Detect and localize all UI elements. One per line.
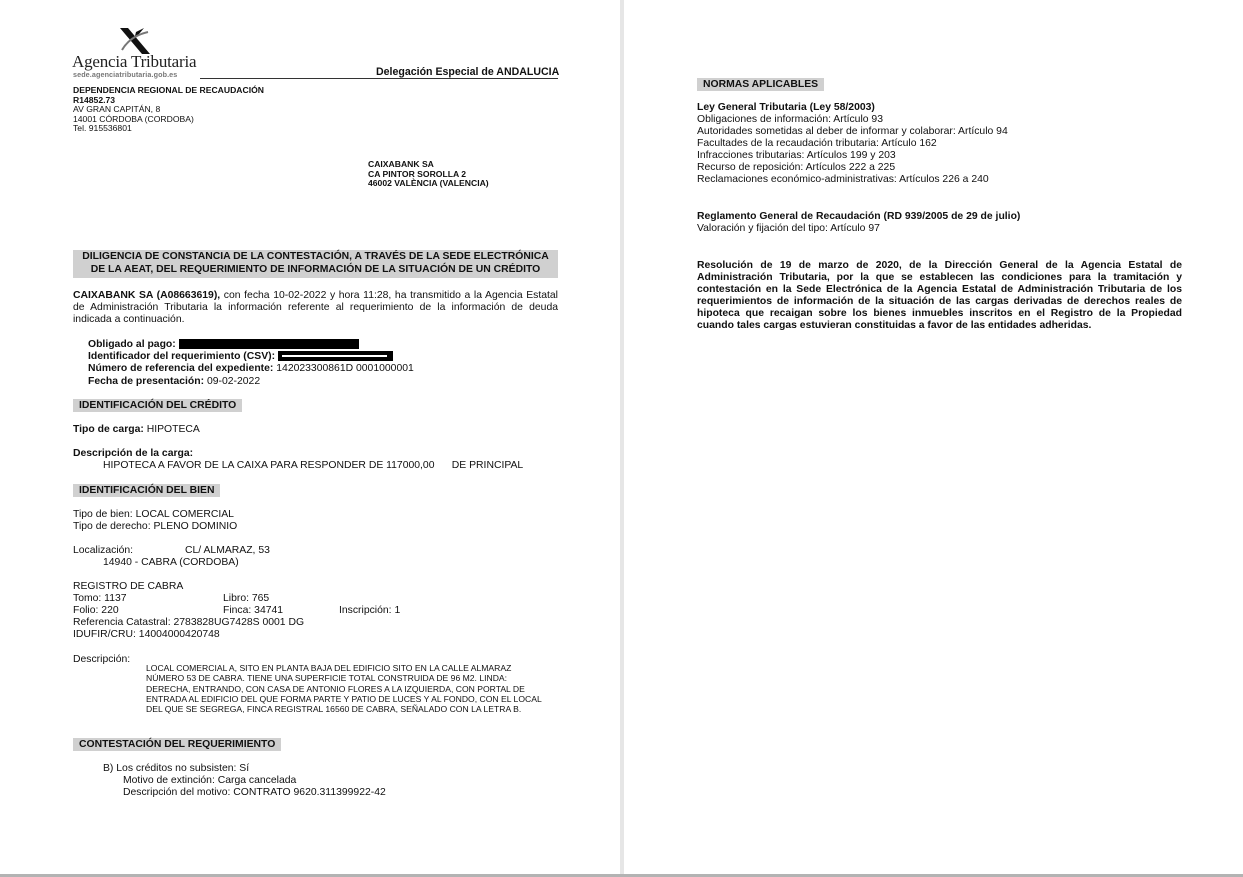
lgt-item: Infracciones tributarias: Artículos 199 … (697, 150, 1008, 162)
contestacion-line-1: B) Los créditos no subsisten: Sí (103, 763, 249, 775)
title-line-1: DILIGENCIA DE CONSTANCIA DE LA CONTESTAC… (73, 251, 558, 264)
header-divider (200, 78, 558, 79)
obligado-row: Obligado al pago: (88, 339, 414, 351)
logo-name: Agencia Tributaria (72, 52, 196, 72)
fecha-value: 09-02-2022 (204, 376, 260, 387)
section-contestacion: CONTESTACIÓN DEL REQUERIMIENTO (73, 738, 281, 751)
registro: REGISTRO DE CABRA (73, 581, 183, 593)
lgt-item: Obligaciones de información: Artículo 93 (697, 114, 1008, 126)
lgt-item: Autoridades sometidas al deber de inform… (697, 126, 1008, 138)
intro-entity: CAIXABANK SA (A08663619), (73, 290, 220, 301)
tipo-carga-label: Tipo de carga: (73, 424, 144, 435)
resolucion-paragraph: Resolución de 19 de marzo de 2020, de la… (697, 260, 1182, 332)
redacted-csv (278, 351, 393, 361)
recipient-block: CAIXABANK SA CA PINTOR SOROLLA 2 46002 V… (368, 160, 489, 189)
fecha-label: Fecha de presentación: (88, 376, 204, 387)
folio: Folio: 220 (73, 605, 119, 617)
tipo-derecho: Tipo de derecho: PLENO DOMINIO (73, 521, 237, 533)
descripcion-text: LOCAL COMERCIAL A, SITO EN PLANTA BAJA D… (146, 663, 546, 714)
localizacion-city: 14940 - CABRA (CORDOBA) (103, 557, 239, 569)
lgt-item: Reclamaciones económico-administrativas:… (697, 174, 1008, 186)
lgt-item: Facultades de la recaudación tributaria:… (697, 138, 1008, 150)
localizacion-label: Localización: (73, 545, 133, 557)
desc-carga-value: HIPOTECA A FAVOR DE LA CAIXA PARA RESPON… (103, 460, 523, 472)
rgr-title: Reglamento General de Recaudación (RD 93… (697, 211, 1020, 223)
csv-row: Identificador del requerimiento (CSV): (88, 351, 414, 363)
lgt-block: Ley General Tributaria (Ley 58/2003) Obl… (697, 102, 1008, 186)
fecha-row: Fecha de presentación: 09-02-2022 (88, 376, 414, 388)
sender-phone: Tel. 915536801 (73, 124, 264, 134)
document-page-1: Agencia Tributaria sede.agenciatributari… (0, 0, 620, 874)
rgr-block: Reglamento General de Recaudación (RD 93… (697, 211, 1020, 235)
recipient-address-2: 46002 VALÈNCIA (VALENCIA) (368, 179, 489, 189)
obligado-label: Obligado al pago: (88, 339, 176, 350)
expediente-row: Número de referencia del expediente: 142… (88, 363, 414, 375)
lgt-title: Ley General Tributaria (Ley 58/2003) (697, 102, 1008, 114)
descripcion-label: Descripción: (73, 654, 130, 666)
rgr-item: Valoración y fijación del tipo: Artículo… (697, 223, 1020, 235)
expediente-label: Número de referencia del expediente: (88, 363, 273, 374)
intro-paragraph: CAIXABANK SA (A08663619), con fecha 10-0… (73, 290, 558, 326)
expediente-value: 142023300861D 0001000001 (273, 363, 413, 374)
localizacion-value: CL/ ALMARAZ, 53 (185, 545, 270, 557)
title-line-2: DE LA AEAT, DEL REQUERIMIENTO DE INFORMA… (73, 264, 558, 277)
contestacion-line-3: Descripción del motivo: CONTRATO 9620.31… (123, 787, 386, 799)
section-bien: IDENTIFICACIÓN DEL BIEN (73, 484, 220, 497)
tomo: Tomo: 1137 (73, 593, 127, 605)
sender-block: DEPENDENCIA REGIONAL DE RECAUDACIÓN R148… (73, 86, 264, 134)
logo-url: sede.agenciatributaria.gob.es (73, 70, 177, 79)
agencia-tributaria-logo: Agencia Tributaria sede.agenciatributari… (72, 26, 202, 78)
redacted-obligado (179, 339, 359, 349)
finca: Finca: 34741 (223, 605, 283, 617)
ref-catastral: Referencia Catastral: 2783828UG7428S 000… (73, 617, 304, 629)
request-fields: Obligado al pago: Identificador del requ… (88, 339, 414, 388)
lgt-item: Recurso de reposición: Artículos 222 a 2… (697, 162, 1008, 174)
document-title: DILIGENCIA DE CONSTANCIA DE LA CONTESTAC… (73, 250, 558, 278)
section-normas: NORMAS APLICABLES (697, 78, 824, 91)
delegation-title: Delegación Especial de ANDALUCIA (376, 66, 559, 78)
inscripcion: Inscripción: 1 (339, 605, 400, 617)
desc-carga-label: Descripción de la carga: (73, 448, 193, 460)
section-credito: IDENTIFICACIÓN DEL CRÉDITO (73, 399, 242, 412)
tipo-carga-value: HIPOTECA (144, 424, 200, 435)
tipo-carga-row: Tipo de carga: HIPOTECA (73, 424, 200, 436)
idufir: IDUFIR/CRU: 14004000420748 (73, 629, 220, 641)
libro: Libro: 765 (223, 593, 269, 605)
csv-label: Identificador del requerimiento (CSV): (88, 351, 275, 362)
tipo-bien: Tipo de bien: LOCAL COMERCIAL (73, 509, 234, 521)
contestacion-line-2: Motivo de extinción: Carga cancelada (123, 775, 296, 787)
